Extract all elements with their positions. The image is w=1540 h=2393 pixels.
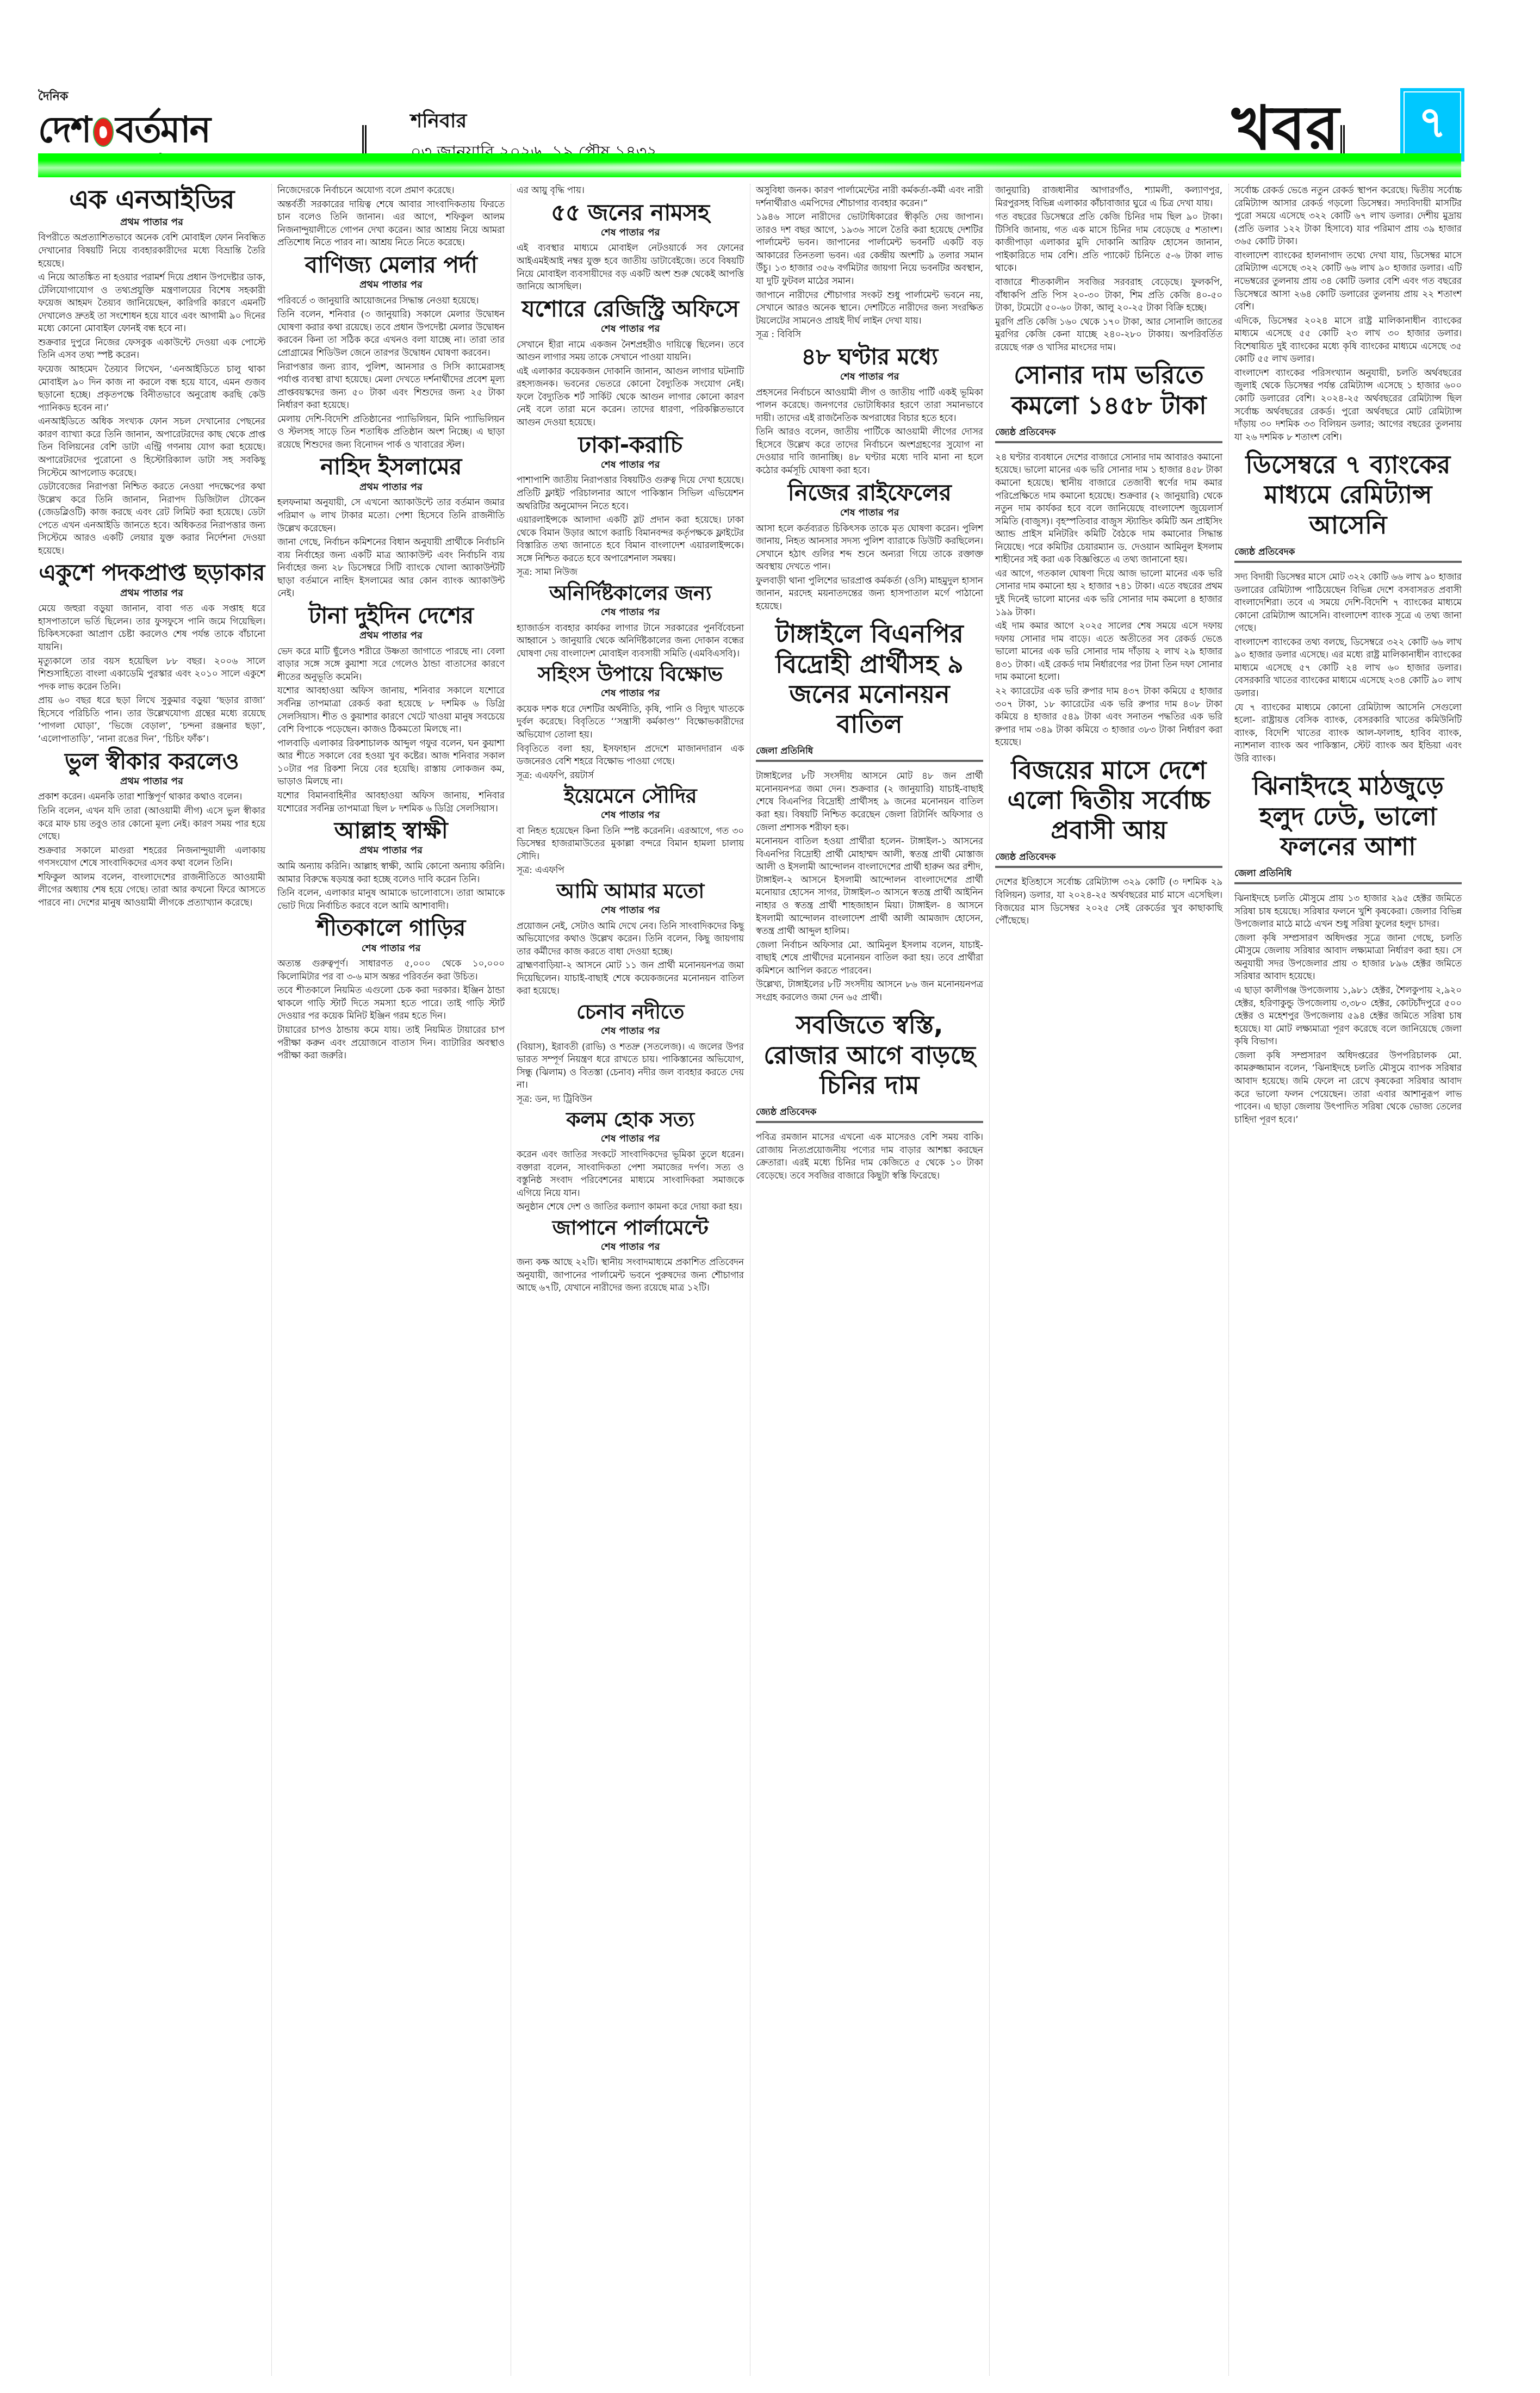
headline[interactable]: বাণিজ্য মেলার পর্দা bbox=[277, 252, 505, 277]
story-violent-protest[interactable]: সহিংস উপায়ে বিক্ষোভ শেষ পাতার পর কয়েক … bbox=[517, 663, 744, 782]
paragraph: শুক্রবার সকালে মাগুরা শহরের নিজনান্দুয়া… bbox=[38, 844, 265, 870]
byline: জ্যেষ্ঠ প্রতিবেদক bbox=[756, 1106, 983, 1123]
story-japan-parliament[interactable]: জাপানে পার্লামেন্টে শেষ পাতার পর জন্য কক… bbox=[517, 1217, 744, 1294]
story-indefinite[interactable]: অনির্দিষ্টকালের জন্য শেষ পাতার পর হ্যাজা… bbox=[517, 582, 744, 660]
column-divider bbox=[1228, 184, 1229, 2376]
paragraph: কয়েক দশক ধরে দেশটির অর্থনীতি, কৃষি, পান… bbox=[517, 703, 744, 741]
story-allah-witness[interactable]: আল্লাহ স্বাক্ষী প্রথম পাতার পর আমি অন্যা… bbox=[277, 818, 505, 912]
story-gold-price[interactable]: সোনার দাম ভরিতে কমলো ১৪৫৮ টাকা জ্যেষ্ঠ প… bbox=[995, 360, 1222, 748]
continuation-label: শেষ পাতার পর bbox=[517, 808, 744, 822]
story-rhymester[interactable]: একুশে পদকপ্রাপ্ত ছড়াকার প্রথম পাতার পর … bbox=[38, 560, 265, 745]
story-tangail-nominations[interactable]: টাঙ্গাইলে বিএনপির বিদ্রোহী প্রার্থীসহ ৯ … bbox=[756, 619, 983, 1003]
story-admit-mistake[interactable]: ভুল স্বীকার করলেও প্রথম পাতার পর প্রকাশ … bbox=[38, 749, 265, 909]
continuation-label: শেষ পাতার পর bbox=[517, 1132, 744, 1146]
page-number-badge: ৭ bbox=[1400, 88, 1464, 162]
story-remittance-record[interactable]: সর্বোচ্চ রেকর্ড ভেঙে নতুন রেকর্ড স্থাপন … bbox=[1234, 184, 1462, 443]
continuation-label: প্রথম পাতার পর bbox=[38, 774, 265, 789]
paragraph: মৃত্যুকালে তার বয়স হয়েছিল ৮৮ বছর। ২০০৬… bbox=[38, 655, 265, 693]
headline[interactable]: ডিসেম্বরে ৭ ব্যাংকের মাধ্যমে রেমিট্যান্স… bbox=[1234, 450, 1462, 540]
paragraph: পালবাড়ি এলাকার রিকশাচালক আব্দুল গফুর বল… bbox=[277, 737, 505, 788]
source-credit: সূত্র : বিবিসি bbox=[756, 328, 983, 341]
paragraph: অসুবিধা জনক। কারণ পার্লামেন্টের নারী কর্… bbox=[756, 184, 983, 209]
paragraph: গত বছরের ডিসেম্বরে প্রতি কেজি চিনির দাম … bbox=[995, 210, 1222, 275]
headline[interactable]: ঝিনাইদহে মাঠজুড়ে হলুদ ঢেউ, ভালো ফলনের আ… bbox=[1234, 771, 1462, 861]
paragraph: জেলা নির্বাচন অফিসার মো. আমিনুল ইসলাম বল… bbox=[756, 939, 983, 977]
story-market-prices[interactable]: জানুয়ারি) রাজধানীর আগারগাঁও, শ্যামলী, ক… bbox=[995, 184, 1222, 354]
headline[interactable]: ঢাকা-করাচি bbox=[517, 432, 744, 457]
story-own-rifle[interactable]: নিজের রাইফেলের শেষ পাতার পর আসা হলে কর্ত… bbox=[756, 480, 983, 613]
continuation-label: প্রথম পাতার পর bbox=[277, 278, 505, 292]
story-pen-truth[interactable]: কলম হোক সত্য শেষ পাতার পর করেন এবং জাতির… bbox=[517, 1108, 744, 1213]
continuation-label: শেষ পাতার পর bbox=[517, 226, 744, 240]
paragraph: বাংলাদেশ ব্যাংকের তথ্য বলছে, ডিসেম্বরে ৩… bbox=[1234, 636, 1462, 700]
headline[interactable]: চেনাব নদীতে bbox=[517, 1001, 744, 1023]
paragraph: এদিকে, ডিসেম্বর ২০২৪ মাসে রাষ্ট্র মালিকা… bbox=[1234, 314, 1462, 365]
paragraph: ভেদ করে মাটি ছুঁলেও শরীরে উষ্ণতা জাগাতে … bbox=[277, 645, 505, 684]
paragraph: এই দাম কমার আগে ২০২৫ সালের শেষ সময়ে এসে… bbox=[995, 619, 1222, 684]
continuation-label: শেষ পাতার পর bbox=[517, 605, 744, 619]
headline[interactable]: জাপানে পার্লামেন্টে bbox=[517, 1217, 744, 1239]
paragraph: সূত্র: ডন, দ্য ট্রিবিউন bbox=[517, 1093, 744, 1106]
story-cold-wave[interactable]: টানা দুইদিন দেশের প্রথম পাতার পর ভেদ করে… bbox=[277, 603, 505, 815]
column-3: এর আয়ু বৃদ্ধি পায়। ৫৫ জনের নামসহ শেষ প… bbox=[517, 184, 744, 1298]
paragraph: ২২ ক্যারেটের এক ভরি রুপার দাম ৪৩৭ টাকা ক… bbox=[995, 685, 1222, 749]
headline[interactable]: আল্লাহ স্বাক্ষী bbox=[277, 818, 505, 842]
paragraph: বাংলাদেশ ব্যাংকের পরিসংখ্যান অনুযায়ী, চ… bbox=[1234, 367, 1462, 443]
story-remittance-victory-month[interactable]: বিজয়ের মাসে দেশে এলো দ্বিতীয় সর্বোচ্চ … bbox=[995, 755, 1222, 927]
paragraph: ডেটাবেজের নিরাপত্তা নিশ্চিত করতে নেওয়া … bbox=[38, 480, 265, 557]
headline[interactable]: টাঙ্গাইলে বিএনপির বিদ্রোহী প্রার্থীসহ ৯ … bbox=[756, 619, 983, 739]
paragraph: ফুলবাড়ী থানা পুলিশের ভারপ্রাপ্ত কর্মকর্… bbox=[756, 574, 983, 613]
story-japan-toilets[interactable]: অসুবিধা জনক। কারণ পার্লামেন্টের নারী কর্… bbox=[756, 184, 983, 341]
column-divider bbox=[989, 184, 990, 2376]
paragraph: বিপরীতে অপ্রত্যাশিতভাবে অনেক বেশি মোবাইল… bbox=[38, 231, 265, 270]
paragraph: তবে শীতকালে নিয়মিত এগুলো চেক করা দরকার।… bbox=[277, 984, 505, 1022]
paragraph: তিনি বলেন, এলাকার মানুষ আমাকে ভালোবাসে। … bbox=[277, 886, 505, 912]
paragraph: এনআইডিতে অধিক সংখ্যক ফোন সচল দেখানোর পেছ… bbox=[38, 415, 265, 479]
paragraph: বিবৃতিতে বলা হয়, ইসফাহান প্রদেশে মাজানদ… bbox=[517, 742, 744, 768]
header-accent-bar bbox=[38, 153, 1461, 177]
headline[interactable]: বিজয়ের মাসে দেশে এলো দ্বিতীয় সর্বোচ্চ … bbox=[995, 755, 1222, 846]
continuation-label: শেষ পাতার পর bbox=[517, 458, 744, 472]
paragraph: অন্তর্বর্তী সরকারের দায়িত্ব শেষে আবার স… bbox=[277, 198, 505, 249]
story-nahid-islam[interactable]: নাহিদ ইসলামের প্রথম পাতার পর হলফনামা অনু… bbox=[277, 454, 505, 599]
source-credit: সূত্র: এএফপি, রয়টার্স bbox=[517, 769, 744, 782]
continuation-label: প্রথম পাতার পর bbox=[277, 480, 505, 494]
paragraph: আসা হলে কর্তব্যরত চিকিৎসক তাকে মৃত ঘোষণা… bbox=[756, 522, 983, 573]
story-chenab-river[interactable]: চেনাব নদীতে শেষ পাতার পর (বিয়াস), ইরাবত… bbox=[517, 1001, 744, 1105]
paragraph: শুক্রবার দুপুরে নিজের ফেসবুক একাউন্টে দে… bbox=[38, 336, 265, 362]
story-dhaka-karachi[interactable]: ঢাকা-করাচি শেষ পাতার পর পাশাপাশি জাতীয় … bbox=[517, 432, 744, 579]
column-divider bbox=[750, 184, 750, 2376]
paragraph: করেন এবং জাতির সংকটে সাংবাদিকদের ভূমিকা … bbox=[517, 1148, 744, 1199]
continuation-label: প্রথম পাতার পর bbox=[277, 844, 505, 858]
column-2: নিজেদেরকে নির্বাচনে অযোগ্য বলে প্রমাণ কর… bbox=[277, 184, 505, 1065]
story-yemen-saudi[interactable]: ইয়েমেনে সৌদির শেষ পাতার পর বা নিহত হয়ে… bbox=[517, 785, 744, 877]
paragraph: এ নিয়ে আতঙ্কিত না হওয়ার পরামর্শ দিয়ে … bbox=[38, 271, 265, 335]
story-nid[interactable]: এক এনআইডির প্রথম পাতার পর বিপরীতে অপ্রত্… bbox=[38, 186, 265, 557]
paragraph: প্রায় ৬০ বছর ধরে ছড়া লিখে সুকুমার বড়ু… bbox=[38, 694, 265, 745]
news-page: এক এনআইডির প্রথম পাতার পর বিপরীতে অপ্রত্… bbox=[38, 184, 1461, 2381]
column-1: এক এনআইডির প্রথম পাতার পর বিপরীতে অপ্রত্… bbox=[38, 184, 265, 913]
paragraph: মেলায় দেশি-বিদেশি প্রতিষ্ঠানের প্যাভিলি… bbox=[277, 413, 505, 451]
continuation-label: শেষ পাতার পর bbox=[517, 686, 744, 700]
paragraph: পবিত্র রমজান মাসের এখনো এক মাসেরও বেশি স… bbox=[756, 1131, 983, 1182]
paragraph: শফিকুল আলম বলেন, বাংলাদেশের রাজনীতিতে আও… bbox=[38, 871, 265, 909]
paragraph: সদ্য বিদায়ী ডিসেম্বর মাসে মোট ৩২২ কোটি … bbox=[1234, 571, 1462, 635]
paragraph: বাংলাদেশ ব্যাংকের হালনাগাদ তথ্যে দেখা যা… bbox=[1234, 249, 1462, 313]
headline[interactable]: সবজিতে স্বস্তি, রোজার আগে বাড়ছে চিনির দ… bbox=[756, 1010, 983, 1100]
paragraph: এই এলাকার কয়েকজন দোকানি জানান, আগুন লাগ… bbox=[517, 365, 744, 429]
continuation-label: প্রথম পাতার পর bbox=[38, 586, 265, 600]
paragraph: (বিয়াস), ইরাবতী (রাভি) ও শতদ্রু (সতলেজ)… bbox=[517, 1040, 744, 1092]
byline: জেলা প্রতিনিধি bbox=[1234, 867, 1462, 884]
headline[interactable]: শীতকালে গাড়ির bbox=[277, 915, 505, 940]
paragraph: জেলা কৃষি সম্প্রসারণ অধিদপ্তরের উপপরিচাল… bbox=[1234, 1049, 1462, 1126]
continuation-label: শেষ পাতার পর bbox=[517, 1024, 744, 1038]
continuation-label: শেষ পাতার পর bbox=[756, 370, 983, 384]
paragraph: নিরাপত্তার জন্য র‍্যাব, পুলিশ, আনসার ও স… bbox=[277, 361, 505, 412]
story-my-way[interactable]: আমি আমার মতো শেষ পাতার পর প্রয়োজন নেই, … bbox=[517, 880, 744, 997]
headline[interactable]: নিজের রাইফেলের bbox=[756, 480, 983, 505]
issue-day: শনিবার bbox=[411, 106, 467, 139]
column-divider bbox=[271, 184, 272, 2376]
headline[interactable]: সহিংস উপায়ে বিক্ষোভ bbox=[517, 663, 744, 685]
section-title: খবর bbox=[1232, 98, 1339, 159]
paragraph: হ্যাজার্ডস ব্যবহার কার্যকর লাগার টানে সর… bbox=[517, 622, 744, 660]
paragraph: অত্যন্ত গুরুত্বপূর্ণ। সাধারণত ৫,০০০ থেকে… bbox=[277, 957, 505, 983]
story-continued[interactable]: নিজেদেরকে নির্বাচনে অযোগ্য বলে প্রমাণ কর… bbox=[277, 184, 505, 249]
paragraph: দেশের ইতিহাসে সর্বোচ্চ রেমিট্যান্স ৩২৯ ক… bbox=[995, 876, 1222, 927]
paragraph: পাশাপাশি জাতীয় নিরাপত্তার বিষয়টিও গুরু… bbox=[517, 474, 744, 512]
continuation-label: শেষ পাতার পর bbox=[756, 506, 983, 520]
paragraph: এই ব্যবস্থার মাধ্যমে মোবাইল নেটওয়ার্কে … bbox=[517, 241, 744, 293]
paragraph: প্রয়োজন নেই, সেটাও আমি দেখে নেব। তিনি স… bbox=[517, 920, 744, 958]
headline[interactable]: নাহিদ ইসলামের bbox=[277, 454, 505, 479]
paragraph: এর আয়ু বৃদ্ধি পায়। bbox=[517, 184, 744, 197]
headline[interactable]: ভুল স্বীকার করলেও bbox=[38, 749, 265, 773]
paragraph: জন্য কক্ষ আছে ২২টি। স্থানীয় সংবাদমাধ্যম… bbox=[517, 1256, 744, 1294]
paragraph: তিনি বলেন, এখন যদি তারা (আওয়ামী লীগ) এস… bbox=[38, 804, 265, 843]
continuation-label: শেষ পাতার পর bbox=[277, 941, 505, 956]
paragraph: উল্লেখ্য, টাঙ্গাইলের ৮টি সংসদীয় আসনে ৮৬… bbox=[756, 978, 983, 1003]
paragraph: এয়ারলাইন্সকে আলাদা একটি স্লট প্রদান করা… bbox=[517, 513, 744, 565]
headline[interactable]: ৫৫ জনের নামসহ bbox=[517, 200, 744, 225]
paragraph: টায়ারের চাপও ঠান্ডায় কমে যায়। তাই নিয… bbox=[277, 1024, 505, 1062]
paragraph: ২৪ ঘণ্টার ব্যবধানে দেশের বাজারে সোনার দা… bbox=[995, 451, 1222, 566]
paragraph: যশোর বিমানবাহিনীর আবহাওয়া অফিস জানায়, … bbox=[277, 789, 505, 815]
bangladesh-map-icon bbox=[93, 117, 114, 147]
paragraph: তিনি আরও বলেন, জাতীয় পার্টিকে আওয়ামী ল… bbox=[756, 425, 983, 476]
continuation-label: শেষ পাতার পর bbox=[517, 1240, 744, 1254]
paragraph: জেলা কৃষি সম্প্রসারণ অধিদপ্তর সূত্রে জান… bbox=[1234, 932, 1462, 983]
paragraph: হলফনামা অনুযায়ী, সে এখনো অ্যাকাউন্টে তা… bbox=[277, 496, 505, 535]
paragraph: তিনি বলেন, শনিবার (৩ জানুয়ারি) সকালে মে… bbox=[277, 308, 505, 359]
column-divider bbox=[511, 184, 511, 2376]
headline[interactable]: ইয়েমেনে সৌদির bbox=[517, 785, 744, 807]
byline: জেলা প্রতিনিধি bbox=[756, 745, 983, 762]
paragraph: টাঙ্গাইলের ৮টি সংসদীয় আসনে মোট ৪৮ জন প্… bbox=[756, 770, 983, 834]
headline[interactable]: ৪৮ ঘণ্টার মধ্যে bbox=[756, 344, 983, 369]
byline: জ্যেষ্ঠ প্রতিবেদক bbox=[1234, 545, 1462, 563]
story-jessore-registry[interactable]: যশোরে রেজিস্ট্রি অফিসে শেষ পাতার পর সেখা… bbox=[517, 296, 744, 429]
headline[interactable]: টানা দুইদিন দেশের bbox=[277, 603, 505, 628]
story-sugar-price[interactable]: সবজিতে স্বস্তি, রোজার আগে বাড়ছে চিনির দ… bbox=[756, 1010, 983, 1182]
paragraph: সূত্র: এএফপি bbox=[517, 864, 744, 877]
paragraph: অনুষ্ঠান শেষে দেশ ও জাতির কল্যাণ কামনা ক… bbox=[517, 1200, 744, 1213]
headline[interactable]: অনির্দিষ্টকালের জন্য bbox=[517, 582, 744, 604]
paragraph: যশোর আবহাওয়া অফিস জানায়, শনিবার সকালে … bbox=[277, 684, 505, 735]
paragraph: সর্বোচ্চ রেকর্ড ভেঙে নতুন রেকর্ড স্থাপন … bbox=[1234, 184, 1462, 248]
continuation-label: প্রথম পাতার পর bbox=[277, 629, 505, 643]
headline[interactable]: যশোরে রেজিস্ট্রি অফিসে bbox=[517, 296, 744, 321]
paragraph: ঝিনাইদহে চলতি মৌসুমে প্রায় ১৩ হাজার ২৯৫… bbox=[1234, 892, 1462, 931]
paragraph: প্রহসনের নির্বাচনে আওয়ামী লীগ ও জাতীয় … bbox=[756, 386, 983, 425]
story-seven-banks[interactable]: ডিসেম্বরে ৭ ব্যাংকের মাধ্যমে রেমিট্যান্স… bbox=[1234, 450, 1462, 765]
paragraph: মনোনয়ন বাতিল হওয়া প্রার্থীরা হলেন- টাঙ… bbox=[756, 835, 983, 938]
story-winter-car[interactable]: শীতকালে গাড়ির শেষ পাতার পর অত্যন্ত গুরু… bbox=[277, 915, 505, 1062]
masthead: দৈনিক দেশ বর্তমান সত্যের পথে অবিচল শনিবা… bbox=[0, 0, 1540, 179]
paragraph: এর আগে, গতকাল ঘোষণা দিয়ে আজ ভালো মানের … bbox=[995, 567, 1222, 618]
paragraph: এ ছাড়া কালীগঞ্জ উপজেলায় ১,৯৮১ হেক্টর, … bbox=[1234, 984, 1462, 1048]
paragraph: মেয়ে জহুরা বড়ুয়া জানান, বাবা গত এক সপ… bbox=[38, 602, 265, 653]
paragraph: সেখানে হীরা নামে একজন নৈশপ্রহরীও দায়িত্… bbox=[517, 338, 744, 364]
story-trade-fair[interactable]: বাণিজ্য মেলার পর্দা প্রথম পাতার পর পরিবর… bbox=[277, 252, 505, 451]
story-continued[interactable]: এর আয়ু বৃদ্ধি পায়। bbox=[517, 184, 744, 197]
headline[interactable]: আমি আমার মতো bbox=[517, 880, 744, 902]
continuation-label: শেষ পাতার পর bbox=[517, 322, 744, 336]
paragraph: বা নিহত হয়েছেন কিনা তিনি স্পষ্ট করেননি।… bbox=[517, 824, 744, 863]
byline: জ্যেষ্ঠ প্রতিবেদক bbox=[995, 851, 1222, 868]
paragraph: আমি অন্যায় করিনি। আল্লাহ স্বাক্ষী, আমি … bbox=[277, 860, 505, 885]
story-55-names[interactable]: ৫৫ জনের নামসহ শেষ পাতার পর এই ব্যবস্থার … bbox=[517, 200, 744, 293]
headline[interactable]: একুশে পদকপ্রাপ্ত ছড়াকার bbox=[38, 560, 265, 585]
paragraph: নিজেদেরকে নির্বাচনে অযোগ্য বলে প্রমাণ কর… bbox=[277, 184, 505, 197]
headline[interactable]: এক এনআইডির bbox=[38, 186, 265, 214]
paragraph: জাপানে নারীদের শৌচাগার সংকট শুধু পার্লাম… bbox=[756, 289, 983, 327]
paragraph: ব্রাহ্মণবাড়িয়া-২ আসনে মোট ১১ জন প্রার্… bbox=[517, 959, 744, 997]
paragraph: প্রকাশ করেন। এমনকি তারা শাস্তিপূর্ণ থাকা… bbox=[38, 790, 265, 803]
paragraph: ১৯৪৬ সালে নারীদের ভোটাধিকারের স্বীকৃতি দ… bbox=[756, 210, 983, 287]
column-4: অসুবিধা জনক। কারণ পার্লামেন্টের নারী কর্… bbox=[756, 184, 983, 1185]
column-6: সর্বোচ্চ রেকর্ড ভেঙে নতুন রেকর্ড স্থাপন … bbox=[1234, 184, 1462, 1129]
paragraph: যে ৭ ব্যাংকের মাধ্যমে কোনো রেমিট্যান্স আ… bbox=[1234, 701, 1462, 765]
paragraph: বাজারে শীতকালীন সবজির সরবরাহ বেড়েছে। ফু… bbox=[995, 276, 1222, 314]
paragraph: মুরগি প্রতি কেজি ১৬০ থেকে ১৭০ টাকা, আর স… bbox=[995, 315, 1222, 354]
story-jhenaidah-mustard[interactable]: ঝিনাইদহে মাঠজুড়ে হলুদ ঢেউ, ভালো ফলনের আ… bbox=[1234, 771, 1462, 1126]
byline: জ্যেষ্ঠ প্রতিবেদক bbox=[995, 426, 1222, 443]
continuation-label: শেষ পাতার পর bbox=[517, 903, 744, 917]
column-5: জানুয়ারি) রাজধানীর আগারগাঁও, শ্যামলী, ক… bbox=[995, 184, 1222, 931]
headline[interactable]: কলম হোক সত্য bbox=[517, 1108, 744, 1131]
paragraph: ফয়েজ আহমেদ তৈয়্যব লিখেন, ‘এনআইডিতে চাল… bbox=[38, 363, 265, 414]
story-48-hours[interactable]: ৪৮ ঘণ্টার মধ্যে শেষ পাতার পর প্রহসনের নি… bbox=[756, 344, 983, 477]
paragraph: জানা গেছে, নির্বাচন কমিশনের বিধান অনুযায… bbox=[277, 536, 505, 600]
paragraph: জানুয়ারি) রাজধানীর আগারগাঁও, শ্যামলী, ক… bbox=[995, 184, 1222, 209]
source-credit: সূত্র: সামা নিউজ bbox=[517, 566, 744, 579]
headline[interactable]: সোনার দাম ভরিতে কমলো ১৪৫৮ টাকা bbox=[995, 360, 1222, 420]
paragraph: পরিবর্তে ৩ জানুয়ারি আয়োজনের সিদ্ধান্ত … bbox=[277, 294, 505, 307]
continuation-label: প্রথম পাতার পর bbox=[38, 215, 265, 230]
